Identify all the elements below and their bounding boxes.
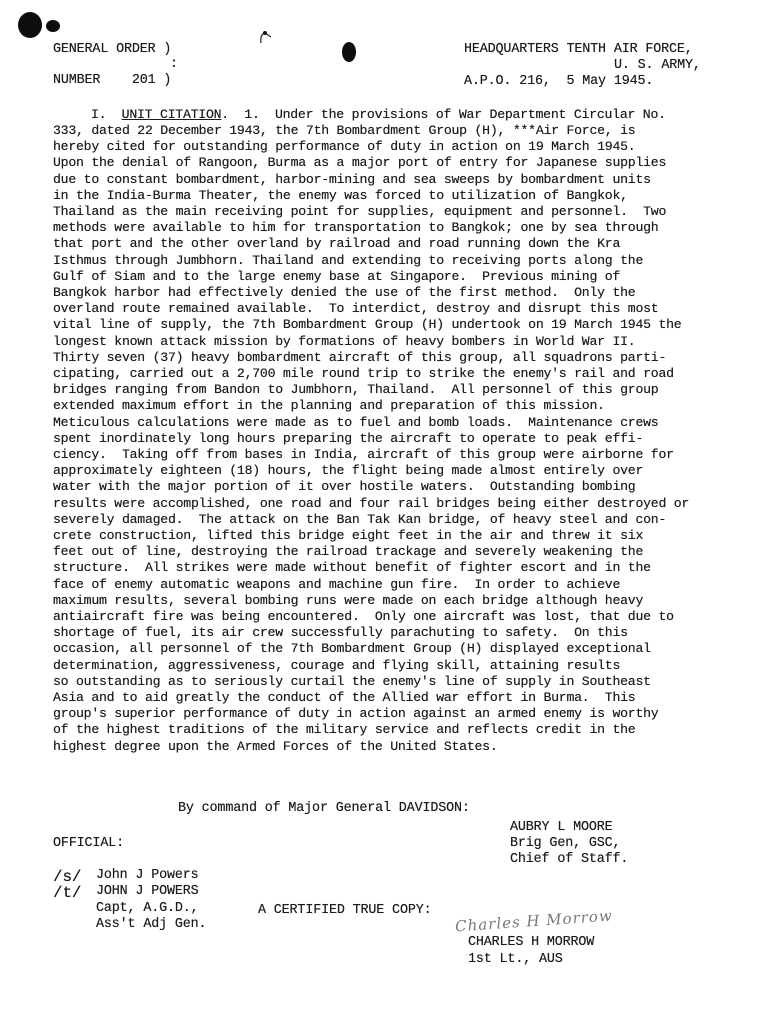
chief-of-staff-name: AUBRY L MOORE <box>510 820 613 835</box>
citation-line: Asia and to aid greatly the conduct of t… <box>53 690 635 706</box>
chief-of-staff-title: Chief of Staff. <box>510 852 628 867</box>
headquarters-line: HEADQUARTERS TENTH AIR FORCE, <box>464 42 693 57</box>
citation-line: approximately eighteen (18) hours, the f… <box>53 463 643 479</box>
citation-line: overland route remained available. To in… <box>53 301 658 317</box>
citation-line: determination, aggressiveness, courage a… <box>53 658 620 674</box>
citation-line: Upon the denial of Rangoon, Burma as a m… <box>53 155 666 171</box>
citation-line: shortage of fuel, its air crew successfu… <box>53 625 628 641</box>
ink-blot-artifact <box>46 20 60 32</box>
citation-line: that port and the other overland by rail… <box>53 236 620 252</box>
citation-line: results were accomplished, one road and … <box>53 496 689 512</box>
ink-mark-artifact <box>258 28 272 44</box>
citation-line: Thailand as the main receiving point for… <box>53 204 666 220</box>
citation-line: ciency. Taking off from bases in India, … <box>53 447 674 463</box>
citation-line: severely damaged. The attack on the Ban … <box>53 512 666 528</box>
citation-line: extended maximum effort in the planning … <box>53 398 605 414</box>
apo-date-line: A.P.O. 216, 5 May 1945. <box>464 74 653 89</box>
ink-blot-artifact <box>18 12 42 38</box>
citation-title: UNIT CITATION <box>122 107 222 122</box>
order-number-label: NUMBER 201 ) <box>53 73 171 88</box>
citation-line: due to constant bombardment, harbor-mini… <box>53 172 651 188</box>
document-page: GENERAL ORDER ) : NUMBER 201 ) HEADQUART… <box>0 0 768 1016</box>
citation-line: vital line of supply, the 7th Bombardmen… <box>53 317 681 333</box>
citation-intro: . 1. Under the provisions of War Departm… <box>221 107 666 122</box>
citation-line: crete construction, lifted this bridge e… <box>53 528 643 544</box>
citation-line: antiaircraft fire was being encountered.… <box>53 609 674 625</box>
citation-line: of the highest traditions of the militar… <box>53 722 635 738</box>
citation-line: highest degree upon the Armed Forces of … <box>53 739 498 755</box>
chief-of-staff-rank: Brig Gen, GSC, <box>510 836 620 851</box>
certifier-rank: 1st Lt., AUS <box>468 952 563 967</box>
officer-title: Ass't Adj Gen. <box>96 917 206 932</box>
citation-line: bridges ranging from Bandon to Jumbhorn,… <box>53 382 658 398</box>
typed-prefix: /t/ <box>53 884 81 902</box>
citation-line: structure. All strikes were made without… <box>53 560 651 576</box>
citation-line: occasion, all personnel of the 7th Bomba… <box>53 641 651 657</box>
certified-copy-label: A CERTIFIED TRUE COPY: <box>258 903 432 918</box>
citation-line: cipating, carried out a 2,700 mile round… <box>53 366 674 382</box>
citation-line: water with the major portion of it over … <box>53 479 635 495</box>
official-label: OFFICIAL: <box>53 836 124 851</box>
citation-line: so outstanding as to seriously curtail t… <box>53 674 651 690</box>
citation-line: Thirty seven (37) heavy bombardment airc… <box>53 350 666 366</box>
citation-line: spent inordinately long hours preparing … <box>53 431 643 447</box>
certifier-signature: Charles H Morrow <box>455 907 614 936</box>
by-command-line: By command of Major General DAVIDSON: <box>178 801 470 816</box>
certifier-name: CHARLES H MORROW <box>468 935 594 950</box>
citation-line: feet out of line, destroying the railroa… <box>53 544 643 560</box>
citation-line: in the India-Burma Theater, the enemy wa… <box>53 188 628 204</box>
citation-line: Meticulous calculations were made as to … <box>53 415 658 431</box>
typed-name: JOHN J POWERS <box>96 884 199 899</box>
citation-line: Bangkok harbor had effectively denied th… <box>53 285 635 301</box>
header-colon: : <box>170 57 178 72</box>
section-number: I. <box>91 107 106 122</box>
ink-blot-artifact <box>342 42 356 62</box>
citation-line: face of enemy automatic weapons and mach… <box>53 577 620 593</box>
citation-line: longest known attack mission by formatio… <box>53 334 635 350</box>
citation-line: hereby cited for outstanding performance… <box>53 139 635 155</box>
citation-line: group's superior performance of duty in … <box>53 706 658 722</box>
general-order-label: GENERAL ORDER ) <box>53 42 171 57</box>
citation-line: Isthmus through Jumbhorn. Thailand and e… <box>53 253 643 269</box>
citation-line: Gulf of Siam and to the large enemy base… <box>53 269 620 285</box>
army-line: U. S. ARMY, <box>614 58 701 73</box>
citation-first-line: I. UNIT CITATION. 1. Under the provision… <box>91 107 666 123</box>
signed-name: John J Powers <box>96 868 199 883</box>
citation-line: methods were available to him for transp… <box>53 220 658 236</box>
citation-line: 333, dated 22 December 1943, the 7th Bom… <box>53 123 635 139</box>
officer-rank: Capt, A.G.D., <box>96 901 199 916</box>
citation-line: maximum results, several bombing runs we… <box>53 593 643 609</box>
